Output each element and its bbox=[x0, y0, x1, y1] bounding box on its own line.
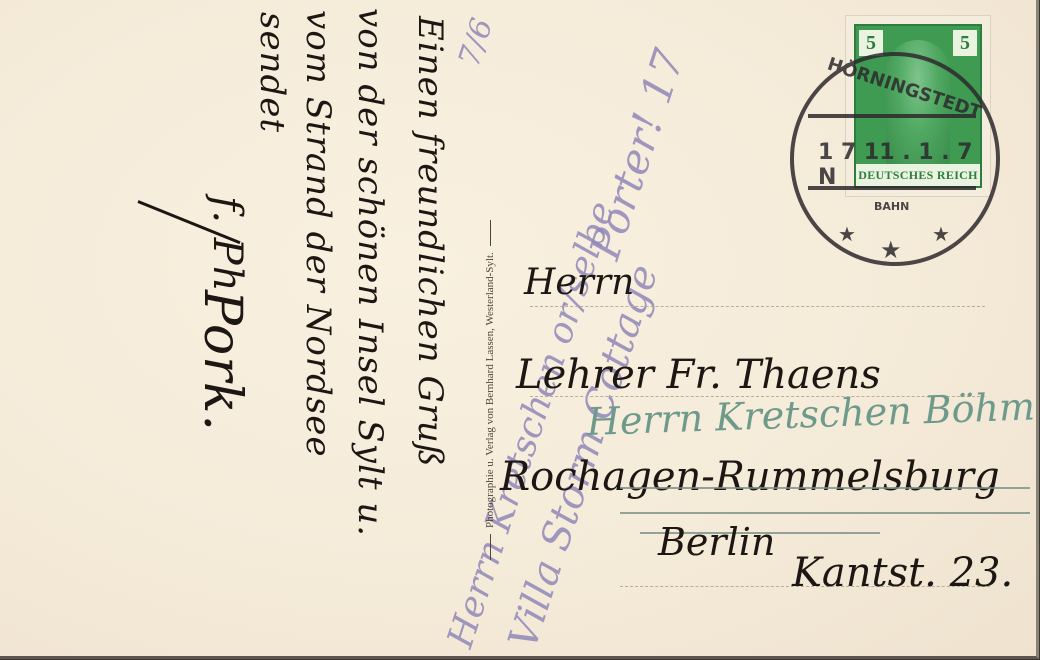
address-salutation: Herrn bbox=[524, 262, 634, 303]
stamp-denomination-right: 5 bbox=[953, 30, 977, 56]
postmark-star-icon: ★ bbox=[838, 222, 856, 247]
address-town-crossed: Rochagen-Rummelsburg bbox=[500, 454, 1000, 500]
postmark-star-icon: ★ bbox=[880, 236, 902, 265]
postmark-bottom-label: BAHN bbox=[874, 200, 909, 213]
address-street: Kantst. 23. bbox=[792, 550, 1013, 596]
imprint-rule-right bbox=[490, 220, 491, 246]
imprint-rule-left bbox=[490, 534, 491, 560]
signature-name: Pork. bbox=[192, 290, 252, 432]
postmark-cancel: HÖRNINGSTEDT 1 7 11 . 1 . 7 N BAHN ★ ★ ★ bbox=[790, 52, 1000, 266]
postcard: Einen freundlichen Gruß von der schönen … bbox=[0, 0, 1039, 659]
message-line-1: Einen freundlichen Gruß bbox=[410, 16, 450, 467]
message-line-2: von der schönen Insel Sylt u. bbox=[350, 8, 390, 537]
strike-line-2 bbox=[620, 512, 1030, 514]
message-line-3: vom Strand der Nordsee bbox=[298, 10, 338, 458]
imprint-text: Photographie u. Verlag von Bernhard Lass… bbox=[484, 252, 496, 528]
address-line-1 bbox=[530, 306, 985, 307]
postmark-date: 1 7 11 . 1 . 7 N bbox=[818, 140, 996, 190]
message-line-4: sendet bbox=[252, 12, 292, 133]
postmark-star-icon: ★ bbox=[932, 222, 950, 247]
strike-line-1 bbox=[620, 487, 1030, 489]
purple-date-mark: 7/6 bbox=[452, 14, 500, 71]
publisher-imprint: Photographie u. Verlag von Bernhard Lass… bbox=[484, 220, 496, 560]
purple-annotation-3: Porter! 17 bbox=[580, 43, 694, 265]
address-city: Berlin bbox=[658, 520, 775, 564]
